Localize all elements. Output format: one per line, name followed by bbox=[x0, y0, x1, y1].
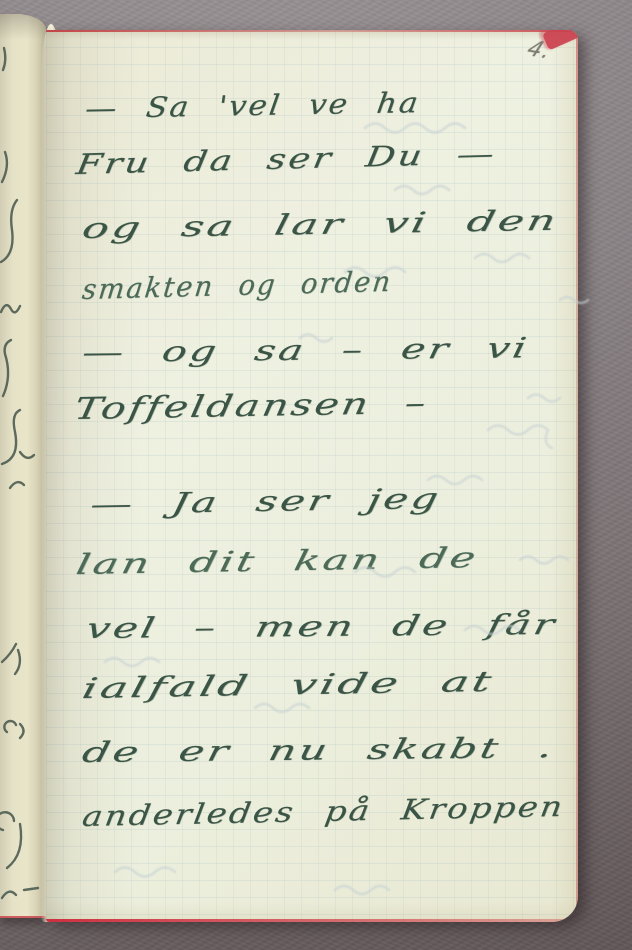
handwriting-line: smakten og orden bbox=[81, 265, 394, 306]
red-stained-top-edge bbox=[46, 30, 578, 32]
handwriting-line: — Ja ser jeg bbox=[87, 482, 443, 521]
pencil-page-number: 4. bbox=[523, 37, 556, 64]
handwriting-line: Fru da ser Du — bbox=[74, 137, 499, 181]
red-stained-right-edge bbox=[576, 30, 578, 922]
manuscript-photo: 4. — Sa 'vel ve ha Fru da ser Du — og sa… bbox=[0, 0, 632, 950]
handwriting-line: — Sa 'vel ve ha bbox=[83, 86, 422, 125]
handwriting-line: — og sa – er vi bbox=[79, 331, 532, 369]
notebook-page: 4. — Sa 'vel ve ha Fru da ser Du — og sa… bbox=[46, 30, 578, 922]
handwriting-line: de er nu skabt . bbox=[79, 731, 558, 769]
handwriting-line: vel – men de får bbox=[83, 608, 560, 645]
red-stained-bottom-edge bbox=[46, 919, 578, 922]
handwriting-line: Toffeldansen – bbox=[72, 386, 432, 427]
handwriting-line: ialfald vide at bbox=[79, 665, 497, 705]
handwriting-line: lan dit kan de bbox=[73, 541, 481, 581]
facing-page-edge bbox=[0, 14, 46, 918]
handwriting-line: og sa lar vi den bbox=[79, 204, 561, 245]
handwriting-line: anderledes på Kroppen bbox=[80, 790, 567, 833]
